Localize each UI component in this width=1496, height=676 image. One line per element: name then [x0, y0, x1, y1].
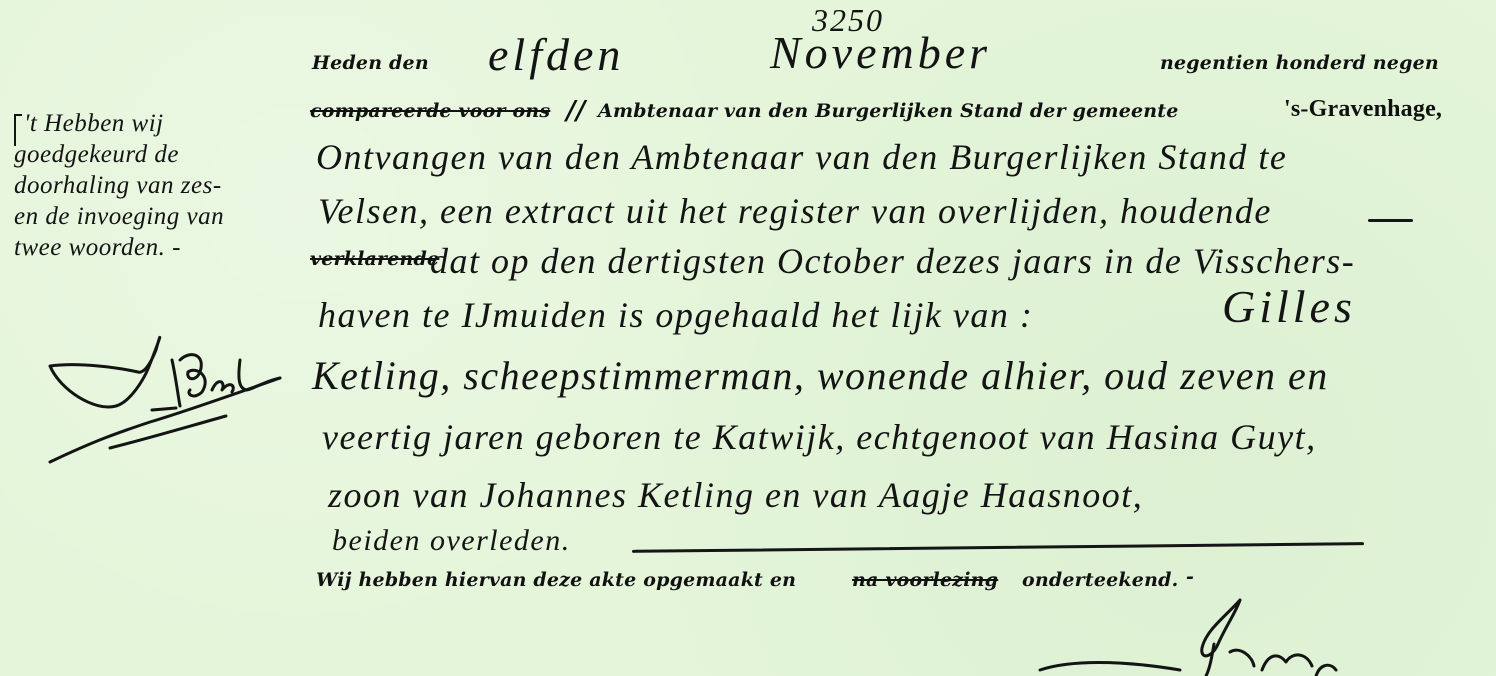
body-line-4: haven te IJmuiden is opgehaald het lijk … [318, 294, 1033, 336]
margin-line-4: en de invoeging van [14, 201, 284, 232]
printed-ambtenaar: Ambtenaar van den Burgerlijken Stand der… [598, 100, 1179, 122]
body-line-6: veertig jaren geboren te Katwijk, echtge… [322, 416, 1317, 458]
margin-note: 't Hebben wij goedgekeurd de doorhaling … [14, 108, 284, 263]
printed-year: negentien honderd negen [1160, 52, 1439, 74]
closing-dash: - [1186, 566, 1194, 588]
struck-verklarende: verklarende [310, 248, 439, 270]
body-line-2: Velsen, een extract uit het register van… [318, 190, 1272, 232]
struck-compareerde-voor-ons: compareerde voor ons [310, 100, 550, 122]
municipality-name: 's-Gravenhage, [1284, 96, 1442, 123]
body-line-5: Ketling, scheepstimmerman, wonende alhie… [312, 352, 1329, 399]
margin-line-1: 't Hebben wij [24, 108, 284, 139]
handwritten-month: November [770, 26, 991, 79]
margin-line-5: twee woorden. - [14, 232, 284, 263]
body-line-7: zoon van Johannes Ketling en van Aagje H… [328, 474, 1143, 516]
closing-printed-1: Wij hebben hiervan deze akte opgemaakt e… [316, 569, 796, 591]
official-signature-icon [1030, 596, 1350, 676]
margin-bracket [14, 114, 22, 146]
insertion-mark: // [566, 96, 585, 126]
margin-line-3: doorhaling van zes- [14, 170, 284, 201]
fill-rule-1 [1368, 219, 1413, 222]
deceased-given-name: Gilles [1222, 280, 1356, 333]
body-line-8: beiden overleden. [332, 524, 571, 558]
struck-na-voorlezing: na voorlezing [852, 569, 998, 591]
margin-signature-icon [40, 320, 290, 470]
closing-printed-2: onderteekend. [1022, 569, 1178, 591]
body-line-1: Ontvangen van den Ambtenaar van den Burg… [316, 136, 1287, 178]
margin-line-2: goedgekeurd de [14, 139, 284, 170]
body-line-3: dat op den dertigsten October dezes jaar… [430, 240, 1355, 282]
printed-heden-den: Heden den [312, 52, 429, 74]
handwritten-day: elfden [488, 28, 624, 81]
